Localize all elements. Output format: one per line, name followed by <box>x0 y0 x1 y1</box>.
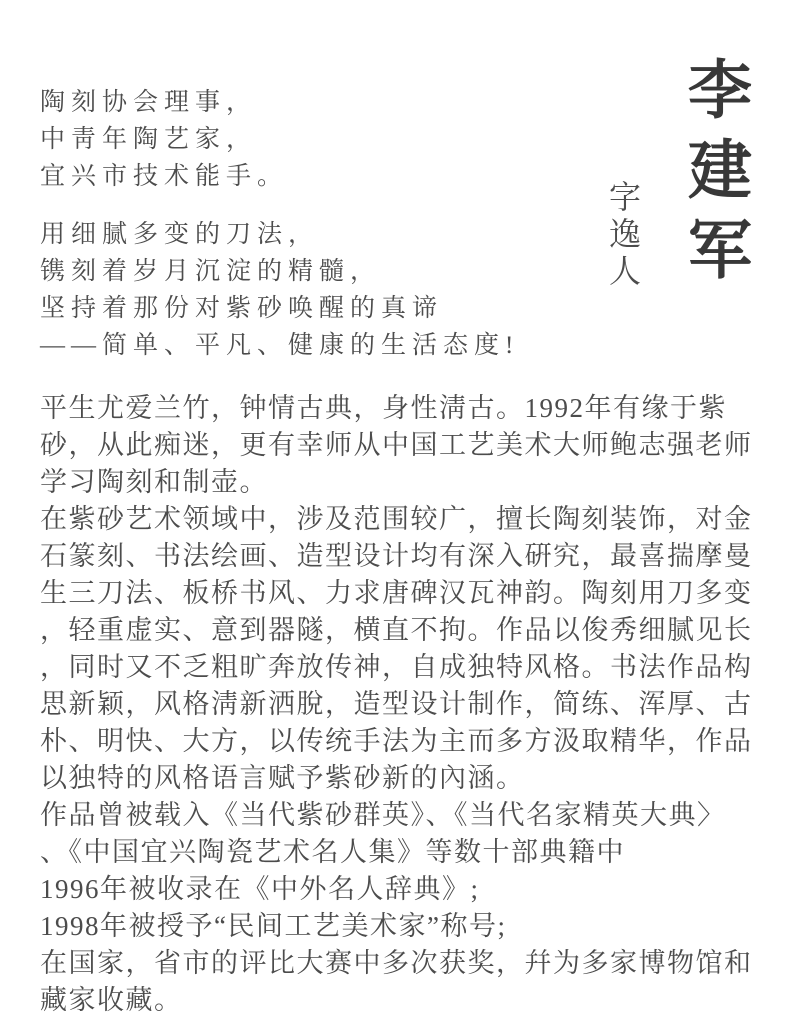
bio-line: 生三刀法、板桥书风、力求唐碑汉瓦神韵。陶刻用刀多变 <box>40 575 770 612</box>
artist-title-line: 中靑年陶艺家， <box>40 121 288 158</box>
biography-page: 陶刻协会理事，中靑年陶艺家，宜兴市技术能手。 用细腻多变的刀法，镌刻着岁月沉淀的… <box>0 0 790 1033</box>
bio-line: 、《中国宜兴陶瓷艺术名人集》等数十部典籍中 <box>40 834 770 871</box>
artist-title-line: 陶刻协会理事， <box>40 84 288 121</box>
bio-line: 在国家，省市的评比大赛中多次获奖，幷为多家博物馆和 <box>40 945 770 982</box>
bio-line: 思新颖，风格淸新洒脫，造型设计制作，简练、浑厚、古 <box>40 686 770 723</box>
artist-titles: 陶刻协会理事，中靑年陶艺家，宜兴市技术能手。 <box>40 84 288 195</box>
bio-line: ，同时又不乏粗旷奔放传神，自成独特风格。书法作品构 <box>40 649 770 686</box>
bio-line: 砂，从此痴迷，更有幸师从中国工艺美术大师鲍志强老师 <box>40 427 770 464</box>
artist-motto-line: ——简单、平凡、健康的生活态度! <box>40 327 519 364</box>
bio-line: 作品曾被载入《当代紫砂群英》、《当代名家精英大典〉 <box>40 797 770 834</box>
bio-line: 石篆刻、书法绘画、造型设计均有深入硏究，最喜揣摩曼 <box>40 538 770 575</box>
bio-text: 平生尤爱兰竹，钟情古典，身性淸古。1992年有缘于紫砂，从此痴迷，更有幸师从中国… <box>40 390 770 1019</box>
artist-motto-line: 用细腻多变的刀法， <box>40 216 519 253</box>
bio-line: 1998年被授予“民间工艺美术家”称号; <box>40 908 770 945</box>
bio-line: 1996年被收录在《中外名人辞典》; <box>40 871 770 908</box>
artist-motto-line: 坚持着那份对紫砂唤醒的真谛 <box>40 290 519 327</box>
artist-name-calligraphy: 李建军 <box>668 56 760 296</box>
bio-line: 在紫砂艺术领域中，涉及范围较广，擅长陶刻装饰，对金 <box>40 501 770 538</box>
bio-line: 学习陶刻和制壶。 <box>40 464 770 501</box>
artist-motto: 用细腻多变的刀法，镌刻着岁月沉淀的精髓，坚持着那份对紫砂唤醒的真谛——简单、平凡… <box>40 216 519 364</box>
artist-courtesy-name: 字逸人 <box>600 180 646 291</box>
bio-line: 朴、明快、大方，以传统手法为主而多方汲取精华，作品 <box>40 723 770 760</box>
bio-line: ，轻重虚实、意到器隧，横直不拘。作品以俊秀细腻见长 <box>40 612 770 649</box>
artist-motto-line: 镌刻着岁月沉淀的精髓， <box>40 253 519 290</box>
artist-title-line: 宜兴市技术能手。 <box>40 158 288 195</box>
bio-line: 以独特的风格语言赋予紫砂新的內涵。 <box>40 760 770 797</box>
bio-line: 藏家收藏。 <box>40 982 770 1019</box>
bio-line: 平生尤爱兰竹，钟情古典，身性淸古。1992年有缘于紫 <box>40 390 770 427</box>
